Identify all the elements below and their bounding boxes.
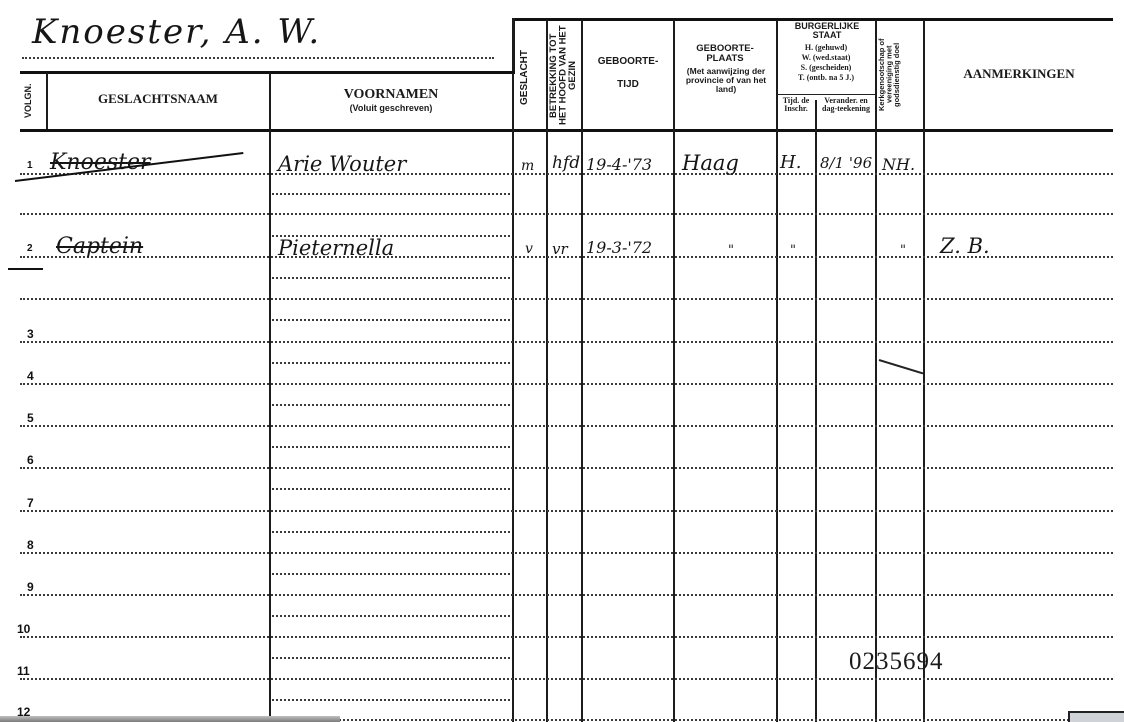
header-voornamen: VOORNAMEN (271, 88, 511, 103)
row-number: 3 (27, 327, 34, 341)
voornamen-subline (272, 404, 510, 406)
voornamen-subline (272, 699, 510, 701)
header-geboorteplaats-2: PLAATS (675, 54, 775, 64)
entry-voornamen: Pieternella (278, 236, 394, 260)
voornamen-subline (272, 193, 510, 195)
voornamen-subline (272, 277, 510, 279)
entry-geslacht: v (525, 241, 533, 257)
voornamen-subline (272, 573, 510, 575)
entry-geboorteplaats: " (728, 243, 734, 258)
bs-option-t: T. (ontb. na 5 J.) (778, 74, 874, 82)
entry-geboortetijd: 19-3-'72 (586, 238, 652, 257)
entry-geslacht: m (521, 158, 534, 174)
bs-sub-divider (777, 94, 875, 95)
bs-option-w: W. (wed.staat) (778, 54, 874, 62)
voornamen-subline (272, 488, 510, 490)
header-betrekking: BETREKKING TOT HET HOOFD VAN HET GEZIN (549, 24, 579, 127)
col-line-kerk (923, 20, 925, 722)
entry-voornamen: Arie Wouter (278, 152, 406, 176)
row-line-7 (20, 510, 1113, 512)
entry-aanmerkingen: Z. B. (940, 234, 990, 258)
voornamen-subline (272, 446, 510, 448)
entry-geboortetijd: 19-4-'73 (586, 155, 652, 174)
header-burgerlijke-staat: BURGERLIJKE STAAT (782, 22, 872, 41)
voornamen-subline (272, 531, 510, 533)
entry-geslachtsnaam: Captein (56, 234, 143, 259)
row-number: 5 (27, 411, 34, 425)
header-volgn: VOLGN. (24, 76, 42, 126)
col-line-bs-tijd (815, 100, 817, 722)
row-number: 10 (17, 622, 30, 636)
row-line-4 (20, 383, 1113, 385)
entry-bs-verander: 8/1 '96 (820, 154, 872, 172)
bs-option-h: H. (gehuwd) (778, 44, 874, 52)
row-line-11 (20, 678, 1113, 680)
row-line-9 (20, 594, 1113, 596)
voornamen-subline (272, 615, 510, 617)
corner-badge (1068, 711, 1124, 722)
header-geslacht: GESLACHT (520, 30, 542, 125)
entry-kerk: NH. (882, 155, 915, 174)
row-number: 4 (27, 369, 34, 383)
header-geboortetijd-1: GEBOORTE- (583, 57, 673, 68)
row-line-2b (20, 298, 1113, 300)
col-line-geboorteplaats (776, 20, 778, 722)
header-aanmerkingen: AANMERKINGEN (925, 67, 1113, 81)
header-voornamen-sub: (Voluit geschreven) (271, 104, 511, 113)
col-line-voornamen (512, 73, 514, 722)
header-geboorteplaats-sub: (Met aanwijzing der provincie of van het… (679, 67, 773, 94)
serial-number-stamp: 0235694 (849, 648, 944, 676)
col-line-bs-verander (875, 20, 877, 722)
frame-corner-vertical (512, 18, 515, 74)
voornamen-subline (272, 657, 510, 659)
entry-betrekking: hfd (552, 153, 580, 173)
entry-bs-tijd: H. (780, 152, 801, 173)
col-line-geslacht (546, 20, 548, 722)
voornamen-subline (272, 319, 510, 321)
header-geslachtsnaam: GESLACHTSNAAM (48, 92, 268, 106)
bs-option-s: S. (gescheiden) (778, 64, 874, 72)
col-line-betrekking (581, 20, 583, 722)
row-line-1 (20, 173, 1113, 175)
row-number: 8 (27, 538, 34, 552)
voornamen-subline (272, 362, 510, 364)
row-number: 7 (27, 496, 34, 510)
header-top-left (20, 71, 515, 74)
pencil-stroke (879, 359, 924, 374)
entry-bs-tijd: " (790, 243, 796, 258)
header-bs-verander: Verander. en dag-teekening (817, 97, 875, 114)
row-line-1b (20, 213, 1113, 215)
row-line-6 (20, 467, 1113, 469)
col-line-geboortetijd (673, 20, 675, 722)
header-geboortetijd-2: TIJD (583, 80, 673, 91)
header-bottom-line (20, 129, 1113, 132)
row-line-8 (20, 552, 1113, 554)
entry-kerk: " (900, 243, 906, 258)
name-underline (22, 57, 494, 59)
scan-edge-strip (0, 716, 340, 722)
row-line-10 (20, 636, 1113, 638)
row-number: 1 (27, 160, 33, 171)
row-number: 6 (27, 453, 34, 467)
row-line-5 (20, 425, 1113, 427)
header-kerkgenootschap: Kerkgenootschap of vereeniging met godsd… (878, 23, 922, 126)
margin-dash (8, 268, 43, 270)
entry-geboorteplaats: Haag (682, 151, 739, 175)
row-line-3 (20, 341, 1113, 343)
entry-betrekking: vr (552, 240, 568, 258)
row-number: 9 (27, 580, 34, 594)
col-line-geslachtsnaam (269, 73, 271, 722)
row-number: 11 (17, 664, 30, 678)
row-number: 2 (27, 243, 33, 254)
header-bs-tijd: Tijd. de Inschr. (777, 97, 815, 114)
card-owner-name: Knoester, A. W. (32, 12, 321, 52)
